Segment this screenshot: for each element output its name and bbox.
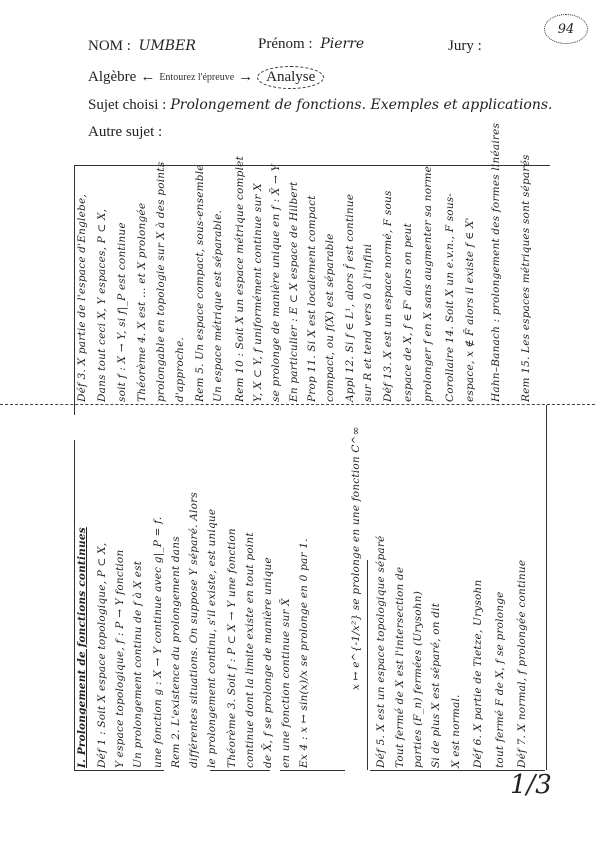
handwritten-line: se prolonge de manière unique en f : X̄ … (270, 164, 282, 402)
jury-label: Jury : (448, 38, 482, 54)
jury-field: Jury : (448, 38, 482, 55)
frame-left-bottom (74, 440, 75, 770)
handwritten-line: En particulier : E ⊂ X espace de Hilbert (288, 182, 300, 402)
handwritten-line: Ex 4 : x ↦ sin(x)/x se prolonge en 0 par… (298, 538, 310, 768)
handwritten-line: X est normal. (450, 694, 462, 768)
nom-label: NOM : (88, 38, 131, 54)
handwritten-line: Corollaire 14. Soit X un e.v.n., F sous- (444, 193, 456, 402)
handwritten-line: Rem 2. L'existence du prolongement dans (170, 536, 182, 768)
frame-top-line (74, 165, 550, 166)
circled-mark: 94 (544, 14, 588, 44)
sujet-label: Sujet choisi : (88, 97, 166, 114)
circled-mark-value: 94 (558, 22, 575, 37)
handwritten-line: Déf 6. X partie de Tietze, Urysohn (472, 580, 484, 768)
handwritten-line: prolonger f en X sans augmenter sa norme (422, 166, 434, 402)
prenom-label: Prénom : (258, 36, 313, 52)
handwritten-line: Appl 12. Si f ∈ L¹, alors f̂ est continu… (344, 194, 356, 402)
handwritten-line: en une fonction continue sur X̄ (280, 598, 292, 768)
handwritten-line: soit f : X → Y, si f|_P est continue (116, 222, 128, 402)
handwritten-line: tout fermé F de X, f se prolonge (494, 591, 506, 768)
handwritten-line: le prolongement continu, s'il existe, es… (206, 509, 218, 768)
handwritten-line: Déf 3. X partie de l'espace d'Englebe, (76, 194, 88, 402)
epreuve-selector: Algèbre ← Entourez l'épreuve → Analyse (88, 66, 324, 89)
epreuve-instruction: Entourez l'épreuve (159, 72, 234, 83)
handwritten-line: continue dont la limite existe en tout p… (244, 532, 256, 768)
frame-bottom-line-2 (210, 770, 270, 771)
handwritten-line: Dans tout ceci X, Y espaces, P ⊂ X, (96, 209, 108, 402)
handwritten-line: espace de X, f ∈ F' alors on peut (402, 223, 414, 402)
epreuve-algebre: Algèbre (88, 69, 136, 86)
handwritten-line: Un espace métrique est séparable. (212, 210, 224, 402)
handwritten-line: Tout fermé de X est l'intersection de (394, 567, 406, 768)
handwritten-line: Déf 5. X est un espace topologique sépar… (375, 536, 387, 768)
handwritten-line: compact, ou f(X) est séparable (324, 233, 336, 402)
nom-field: NOM : UMBER (88, 38, 196, 55)
prenom-field: Prénom : Pierre (258, 36, 364, 53)
handwritten-line: Prop 11. Si X est localement compact (306, 195, 318, 402)
handwritten-line: Déf 7. X normal, f prolongée continue (516, 560, 528, 768)
handwritten-line: Y, X ⊂ Y, f uniformément continue sur X (252, 183, 264, 402)
handwritten-line: différentes situations. On suppose Y sép… (188, 492, 200, 768)
handwritten-line: une fonction g : X → Y continue avec g|_… (152, 517, 164, 768)
handwritten-line: Rem 5. Un espace compact, sous-ensemble (194, 164, 206, 402)
column-divider (367, 560, 368, 770)
handwritten-line: Déf 13. X est un espace normé, F sous (382, 190, 394, 402)
handwritten-line: espace, x ∉ F̄ alors il existe f ∈ X' (464, 217, 476, 402)
autre-sujet: Autre sujet : (88, 124, 162, 141)
page-marker: 1/3 (510, 770, 552, 800)
prenom-value: Pierre (320, 36, 364, 52)
frame-left-top (74, 165, 75, 415)
handwritten-line: prolongable en topologie sur X à des poi… (155, 162, 167, 402)
handwritten-line: sur R et tend vers 0 à l'infini (362, 244, 374, 402)
fold-dashed-line (0, 404, 595, 405)
handwritten-line: Déf 1 : Soit X espace topologique, P ⊂ X… (96, 543, 108, 768)
handwritten-line: de X̄, f se prolonge de manière unique (262, 557, 274, 768)
handwritten-line: Rem 10 : Soit X un espace métrique compl… (234, 156, 246, 402)
autre-sujet-label: Autre sujet : (88, 124, 162, 140)
frame-right-bottom (546, 405, 547, 770)
handwritten-line: Hahn–Banach : prolongement des formes li… (490, 123, 502, 402)
nom-value: UMBER (139, 38, 196, 54)
handwritten-line: Si de plus X est séparé, on dit (430, 603, 442, 768)
epreuve-analyse-selected: Analyse (257, 66, 324, 89)
handwritten-line: x ↦ e^{-1/x²} se prolonge en une fonctio… (350, 426, 362, 690)
handwritten-line: Un prolongement continu de f à X est (132, 561, 144, 768)
handwritten-line: Y espace topologique, f : P → Y fonction (114, 550, 126, 768)
handwritten-line: Théorème 3. Soit f : P ⊂ X → Y une fonct… (226, 528, 238, 768)
section-heading: I. Prolongement de fonctions continues (76, 527, 88, 768)
sujet-value: Prolongement de fonctions. Exemples et a… (170, 97, 552, 113)
frame-bottom-line-3 (280, 770, 345, 771)
handwritten-line: d'approche. (174, 337, 186, 402)
handwritten-line: Théorème 4. X est … et X prolongée (136, 203, 148, 402)
sujet-choisi: Sujet choisi : Prolongement de fonctions… (88, 97, 553, 114)
arrow-left-icon: ← (140, 69, 155, 86)
frame-bottom-line-1 (74, 770, 164, 771)
handwritten-line: parties (F_n) fermées (Urysohn) (412, 591, 424, 768)
handwritten-line: Rem 15. Les espaces métriques sont sépar… (520, 154, 532, 402)
arrow-right-icon: → (238, 69, 253, 86)
